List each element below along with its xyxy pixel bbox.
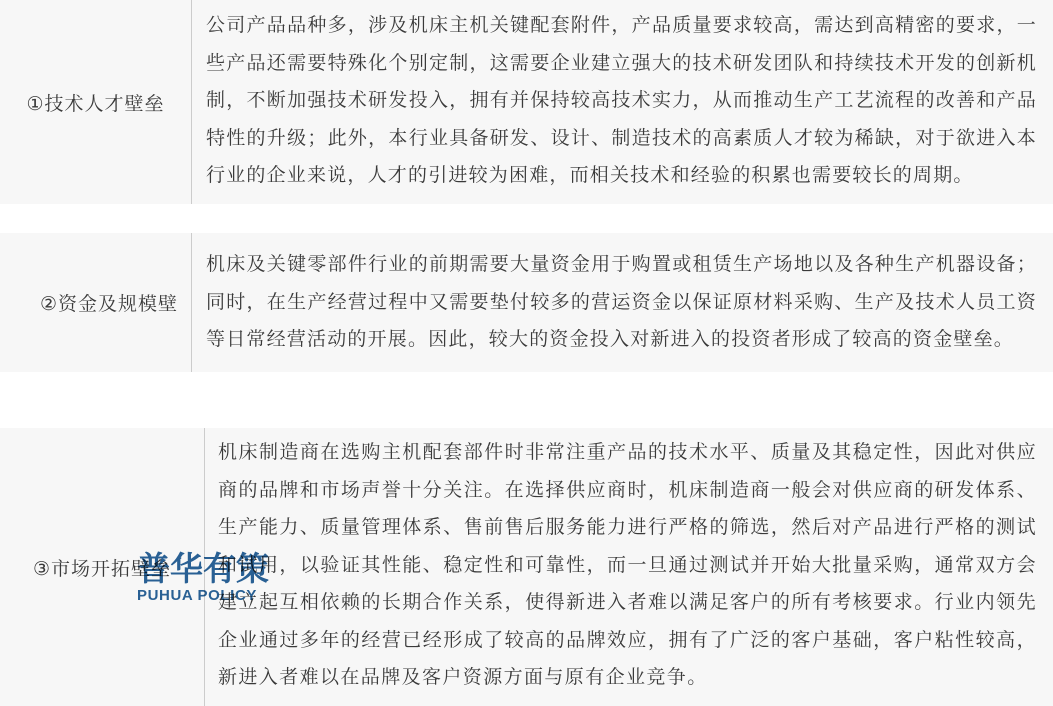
table-row-market-development-barrier: ③市场开拓壁垒 机床制造商在选购主机配套部件时非常注重产品的技术水平、质量及其稳… — [0, 428, 1053, 706]
row-text: 公司产品品种多，涉及机床主机关键配套附件，产品质量要求较高，需达到高精密的要求，… — [192, 0, 1053, 195]
row-text: 机床及关键零部件行业的前期需要大量资金用于购置或租赁生产场地以及各种生产机器设备… — [192, 233, 1053, 359]
row-text-cell: 公司产品品种多，涉及机床主机关键配套附件，产品质量要求较高，需达到高精密的要求，… — [192, 0, 1053, 204]
row-text: 机床制造商在选购主机配套部件时非常注重产品的技术水平、质量及其稳定性，因此对供应… — [205, 428, 1053, 697]
row-text-cell: 机床制造商在选购主机配套部件时非常注重产品的技术水平、质量及其稳定性，因此对供应… — [205, 428, 1053, 706]
row-label-cell: ①技术人才壁垒 — [0, 0, 192, 204]
row-label: ②资金及规模壁 — [40, 289, 178, 316]
entry-barriers-table: ①技术人才壁垒 公司产品品种多，涉及机床主机关键配套附件，产品质量要求较高，需达… — [0, 0, 1053, 706]
row-label: ③市场开拓壁垒 — [33, 554, 171, 581]
row-gap — [0, 204, 1053, 233]
row-label-cell: ③市场开拓壁垒 — [0, 428, 205, 706]
row-label-cell: ②资金及规模壁 — [0, 233, 192, 372]
row-label: ①技术人才壁垒 — [26, 89, 164, 116]
table-row-technical-talent-barrier: ①技术人才壁垒 公司产品品种多，涉及机床主机关键配套附件，产品质量要求较高，需达… — [0, 0, 1053, 204]
row-text-cell: 机床及关键零部件行业的前期需要大量资金用于购置或租赁生产场地以及各种生产机器设备… — [192, 233, 1053, 372]
row-gap — [0, 372, 1053, 428]
table-row-capital-scale-barrier: ②资金及规模壁 机床及关键零部件行业的前期需要大量资金用于购置或租赁生产场地以及… — [0, 233, 1053, 372]
